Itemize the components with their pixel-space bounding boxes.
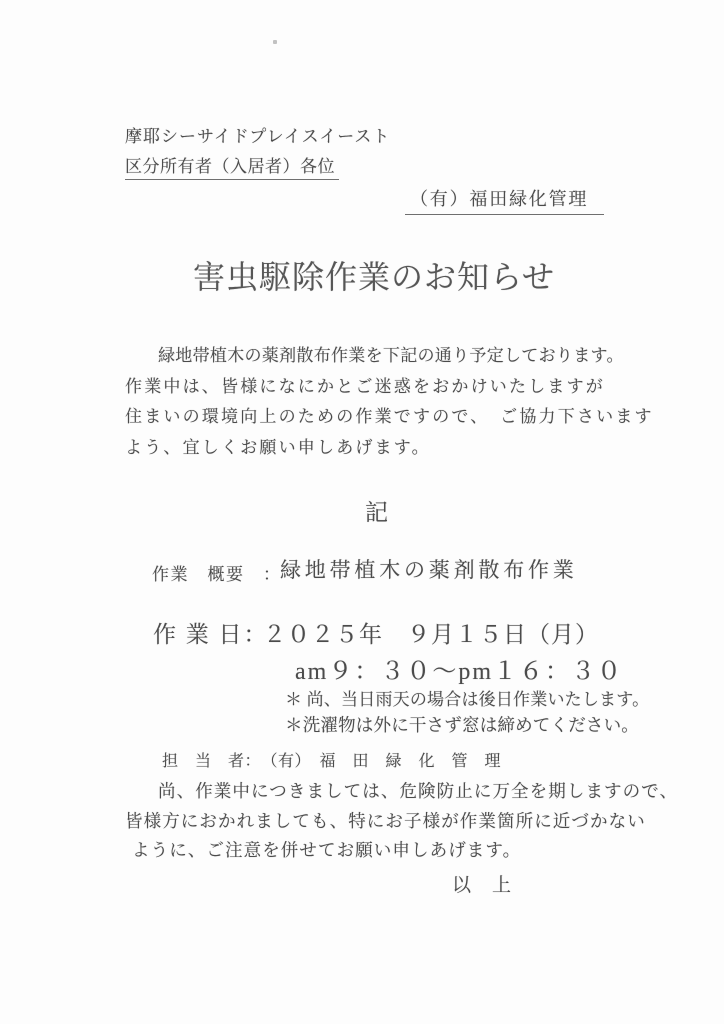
notice-page: 摩耶シーサイドプレイスイースト 区分所有者（入居者）各位 （有）福田緑化管理 害… [0,0,724,1024]
intro-line: 作業中は、皆様になにかとご迷惑をおかけいたしますが [125,372,654,403]
work-date-value: ２０２５年 ９月１５日（月） [263,616,599,649]
closing-line: ように、ご注意を併せてお願い申しあげます。 [125,836,678,866]
closing-line: 皆様方におかれましても、特にお子様が作業箇所に近づかない [125,807,678,837]
addressee-residents: 区分所有者（入居者）各位 [125,152,339,180]
note-laundry: ＊洗濯物は外に干さず窓は締めてください。 [285,712,639,737]
notice-title: 害虫駆除作業のお知らせ [0,252,724,298]
intro-paragraph: 緑地帯植木の薬剤散布作業を下記の通り予定しております。 作業中は、皆様になにかと… [125,341,654,463]
intro-line: よう、宜しくお願い申しあげます。 [125,433,654,464]
work-summary-value: 緑地帯植木の薬剤散布作業 [280,554,578,584]
end-marker: 以 上 [452,870,512,897]
sender-name: （有）福田緑化管理 [405,185,604,215]
work-time: am９：３０～pm１６：３０ [295,651,623,686]
work-date-label: 作 業 日： [153,616,269,649]
staff-line: 担 当 者： （有） 福 田 緑 化 管 理 [162,748,501,771]
intro-line: 住まいの環境向上のための作業ですので、 ご協力下さいます [125,402,654,433]
closing-line: 尚、作業中につきましては、危険防止に万全を期しますので、 [125,777,678,807]
scan-speck-icon [273,40,277,44]
closing-paragraph: 尚、作業中につきましては、危険防止に万全を期しますので、 皆様方におかれましても… [125,777,678,866]
work-summary-label: 作業 概要 ： [152,560,282,585]
record-marker: 記 [0,494,724,527]
intro-line: 緑地帯植木の薬剤散布作業を下記の通り予定しております。 [125,341,654,372]
addressee-building: 摩耶シーサイドプレイスイースト [125,122,390,147]
note-rain: ＊ 尚、当日雨天の場合は後日作業いたします。 [285,685,649,710]
